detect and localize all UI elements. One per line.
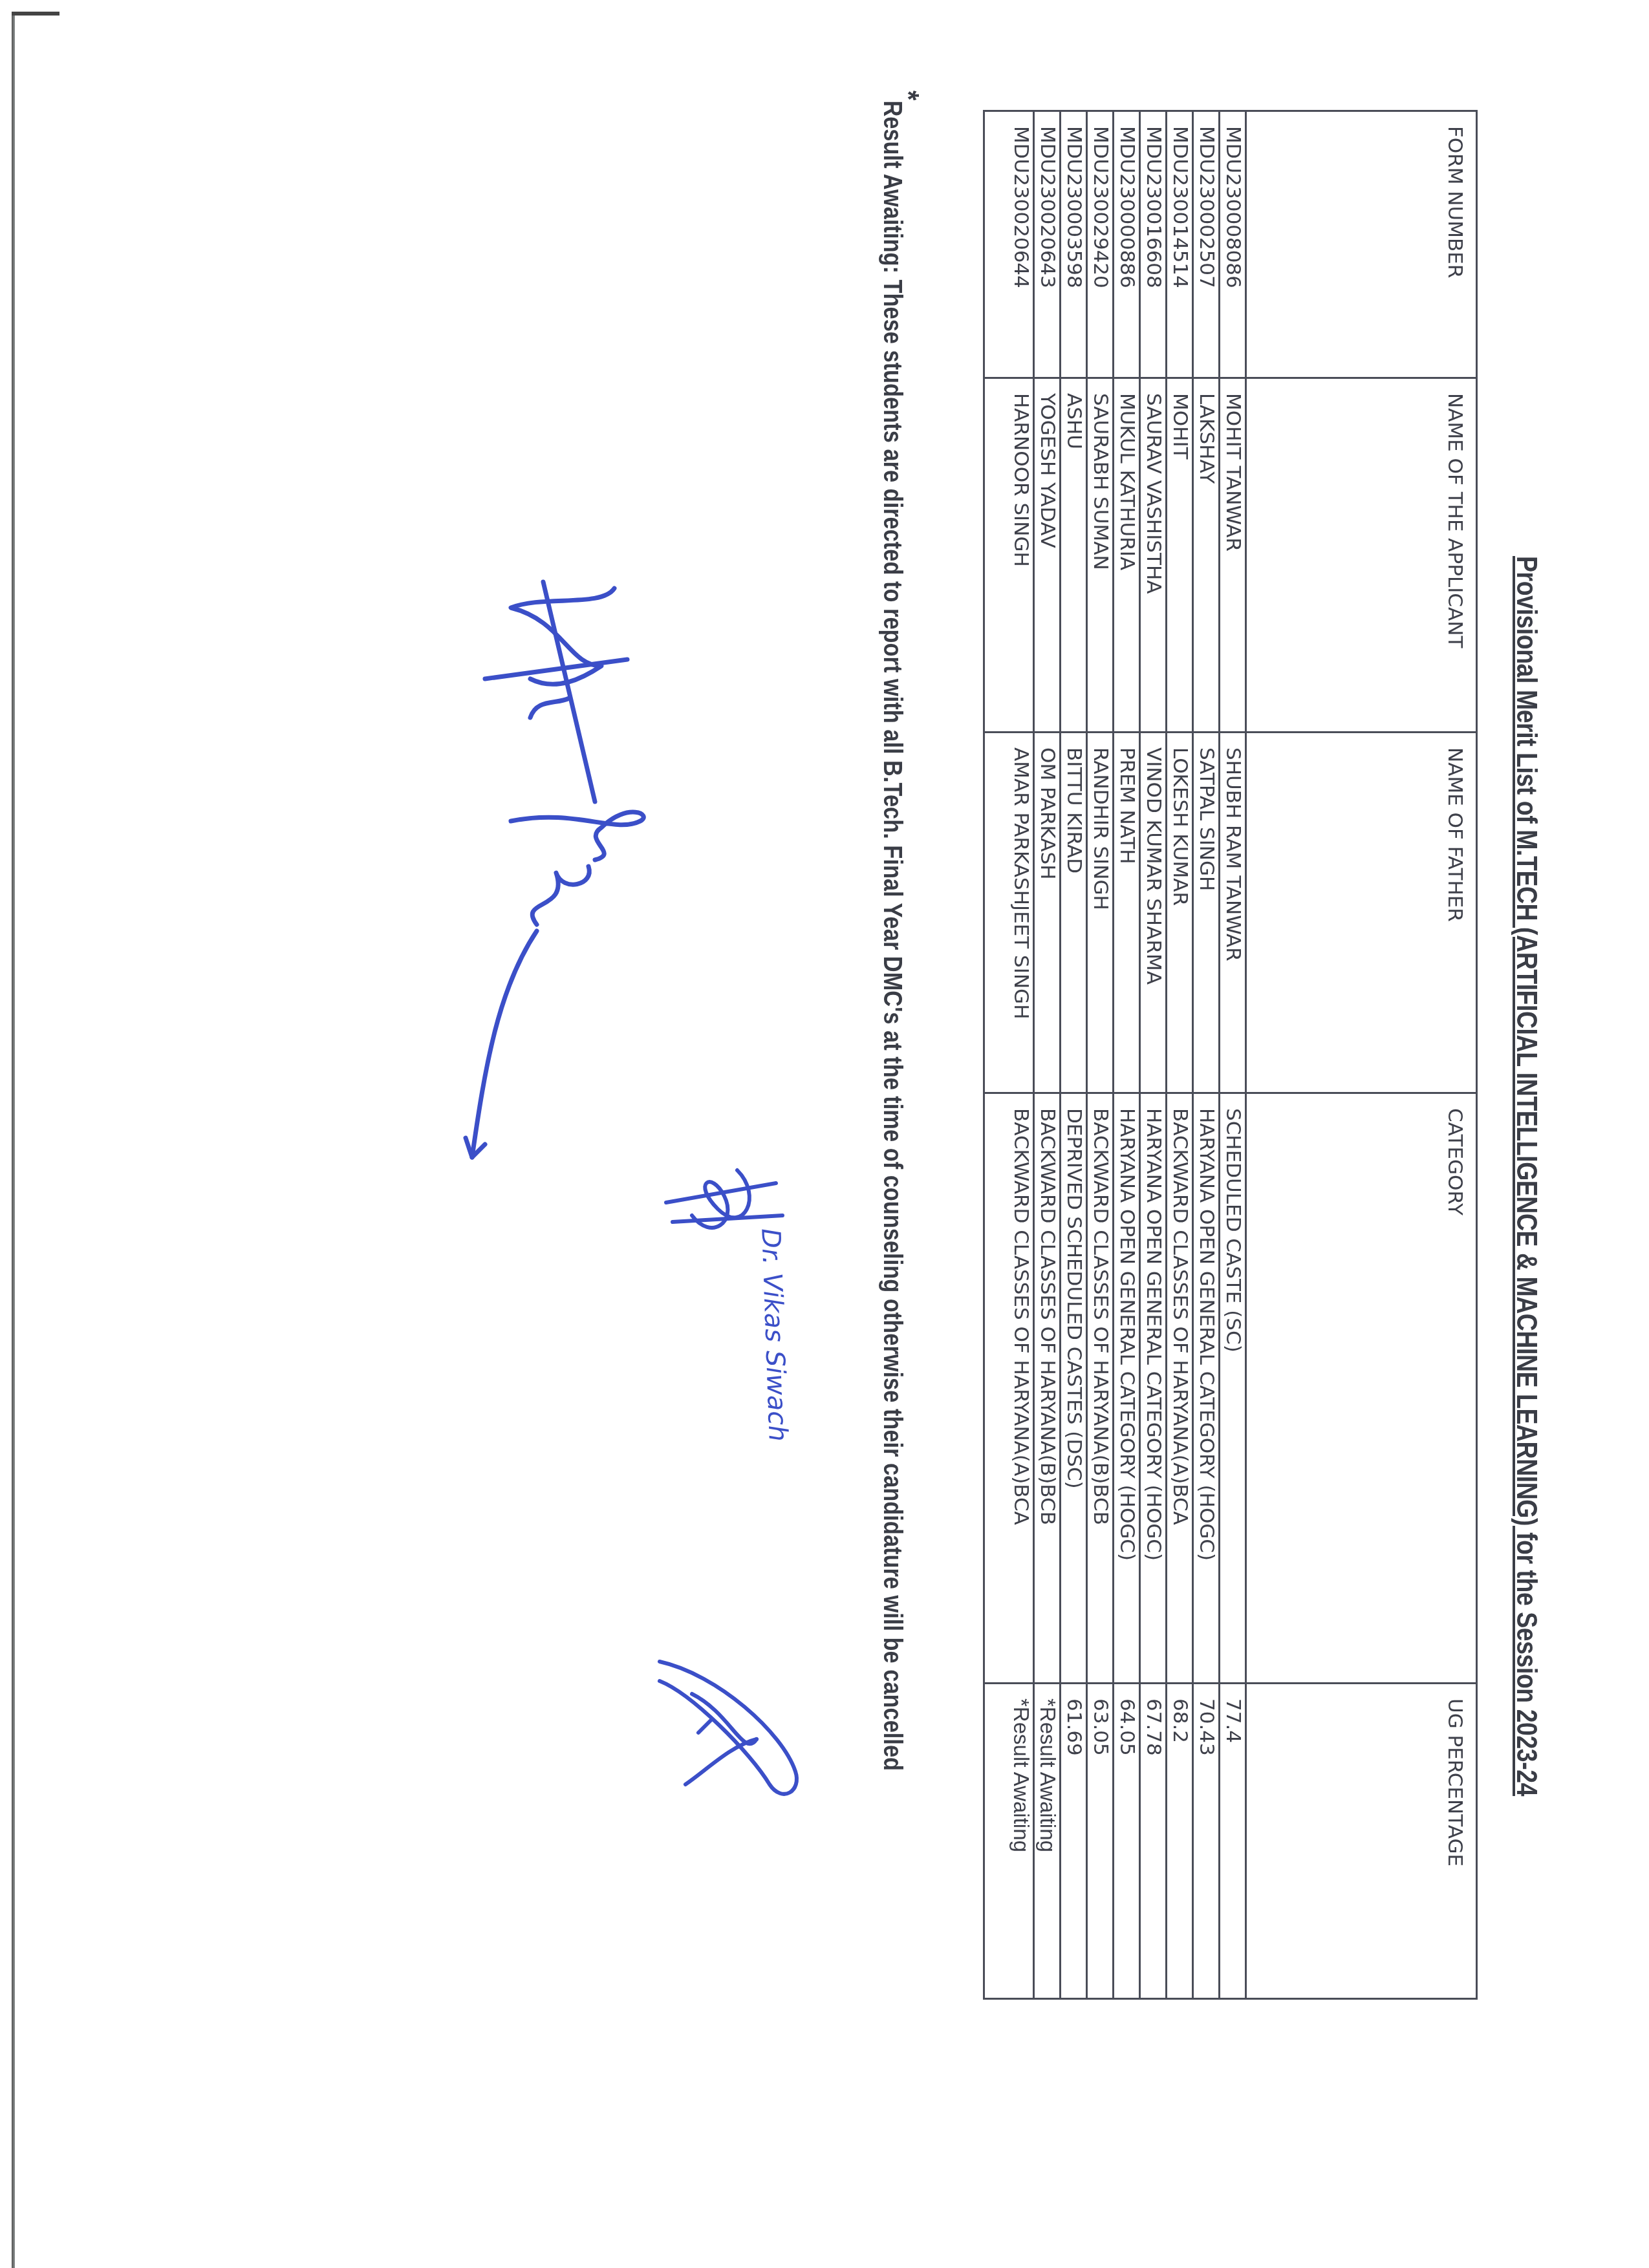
applicant-name-cell: LAKSHAY	[1193, 378, 1220, 733]
table-row: MDU230016608SAURAV VASHISTHAVINOD KUMAR …	[1140, 111, 1167, 1999]
ug-percentage-cell: 77.4	[1220, 1684, 1246, 1999]
rotated-sheet: Provisional Merit List of M.TECH (ARTIFI…	[0, 0, 1649, 2268]
merit-list-table: FORM NUMBER NAME OF THE APPLICANT NAME O…	[983, 110, 1478, 2000]
table-row: MDU230000886MUKUL KATHURIAPREM NATHHARYA…	[1114, 111, 1140, 1999]
page-title: Provisional Merit List of M.TECH (ARTIFI…	[1510, 556, 1542, 1796]
handwritten-signature-icon	[640, 1642, 808, 1823]
category-cell: BACKWARD CLASSES OF HARYANA(B)BCB	[1034, 1093, 1061, 1684]
form-number-cell: MDU230008086	[1220, 111, 1246, 378]
table-header-row: FORM NUMBER NAME OF THE APPLICANT NAME O…	[1246, 111, 1477, 1999]
ug-percentage-cell: 68.2	[1167, 1684, 1193, 1999]
ug-percentage-cell: *Result Awaiting	[984, 1684, 1034, 1999]
father-name-cell: PREM NATH	[1114, 733, 1140, 1093]
table-row: MDU230020643YOGESH YADAVOM PARKASHBACKWA…	[1034, 111, 1061, 1999]
footnote-text: Result Awaiting: These students are dire…	[878, 100, 907, 1771]
signatory-name: Dr. Vikas Siwach	[755, 1228, 792, 1442]
category-cell: DEPRIVED SCHEDULED CASTES (DSC)	[1061, 1093, 1087, 1684]
header-applicant-name: NAME OF THE APPLICANT	[1246, 378, 1477, 733]
applicant-name-cell: MOHIT TANWAR	[1220, 378, 1246, 733]
applicant-name-cell: HARNOOR SINGH	[984, 378, 1034, 733]
form-number-cell: MDU230002507	[1193, 111, 1220, 378]
handwritten-signature-icon	[472, 569, 640, 815]
applicant-name-cell: ASHU	[1061, 378, 1087, 733]
scanned-page: Provisional Merit List of M.TECH (ARTIFI…	[0, 0, 1649, 2268]
father-name-cell: VINOD KUMAR SHARMA	[1140, 733, 1167, 1093]
table-row: MDU230002507LAKSHAYSATPAL SINGHHARYANA O…	[1193, 111, 1220, 1999]
category-cell: HARYANA OPEN GENERAL CATEGORY (HOGC)	[1193, 1093, 1220, 1684]
header-category: CATEGORY	[1246, 1093, 1477, 1684]
father-name-cell: BITTU KIRAD	[1061, 733, 1087, 1093]
category-cell: BACKWARD CLASSES OF HARYANA(A)BCA	[1167, 1093, 1193, 1684]
category-cell: HARYANA OPEN GENERAL CATEGORY (HOGC)	[1114, 1093, 1140, 1684]
applicant-name-cell: SAURABH SUMAN	[1087, 378, 1114, 733]
category-cell: BACKWARD CLASSES OF HARYANA(B)BCB	[1087, 1093, 1114, 1684]
form-number-cell: MDU230020644	[984, 111, 1034, 378]
applicant-name-cell: MOHIT	[1167, 378, 1193, 733]
father-name-cell: SATPAL SINGH	[1193, 733, 1220, 1093]
form-number-cell: MDU230029420	[1087, 111, 1114, 378]
ug-percentage-cell: 63.05	[1087, 1684, 1114, 1999]
footnote-marker: *	[892, 91, 925, 100]
ug-percentage-cell: 67.78	[1140, 1684, 1167, 1999]
father-name-cell: RANDHIR SINGH	[1087, 733, 1114, 1093]
form-number-cell: MDU230000886	[1114, 111, 1140, 378]
father-name-cell: AMAR PARKASHJEET SINGH	[984, 733, 1034, 1093]
signature-4	[640, 1642, 808, 1823]
table-row: MDU230008086MOHIT TANWARSHUBH RAM TANWAR…	[1220, 111, 1246, 1999]
father-name-cell: OM PARKASH	[1034, 733, 1061, 1093]
ug-percentage-cell: 61.69	[1061, 1684, 1087, 1999]
signature-2	[433, 795, 666, 1183]
table-row: MDU230020644HARNOOR SINGHAMAR PARKASHJEE…	[984, 111, 1034, 1999]
form-number-cell: MDU230003598	[1061, 111, 1087, 378]
footnote: *Result Awaiting: These students are dir…	[877, 91, 912, 1771]
signature-1	[472, 569, 640, 815]
table-row: MDU230029420SAURABH SUMANRANDHIR SINGHBA…	[1087, 111, 1114, 1999]
category-cell: HARYANA OPEN GENERAL CATEGORY (HOGC)	[1140, 1093, 1167, 1684]
applicant-name-cell: MUKUL KATHURIA	[1114, 378, 1140, 733]
applicant-name-cell: SAURAV VASHISTHA	[1140, 378, 1167, 733]
ug-percentage-cell: 70.43	[1193, 1684, 1220, 1999]
ug-percentage-cell: *Result Awaiting	[1034, 1684, 1061, 1999]
form-number-cell: MDU230016608	[1140, 111, 1167, 378]
form-number-cell: MDU230020643	[1034, 111, 1061, 378]
father-name-cell: LOKESH KUMAR	[1167, 733, 1193, 1093]
table-row: MDU230003598ASHUBITTU KIRADDEPRIVED SCHE…	[1061, 111, 1087, 1999]
handwritten-signature-icon	[433, 795, 666, 1183]
category-cell: BACKWARD CLASSES OF HARYANA(A)BCA	[984, 1093, 1034, 1684]
table-row: MDU230014514MOHITLOKESH KUMARBACKWARD CL…	[1167, 111, 1193, 1999]
ug-percentage-cell: 64.05	[1114, 1684, 1140, 1999]
header-form-number: FORM NUMBER	[1246, 111, 1477, 378]
form-number-cell: MDU230014514	[1167, 111, 1193, 378]
header-father-name: NAME OF FATHER	[1246, 733, 1477, 1093]
applicant-name-cell: YOGESH YADAV	[1034, 378, 1061, 733]
header-ug-percentage: UG PERCENTAGE	[1246, 1684, 1477, 1999]
father-name-cell: SHUBH RAM TANWAR	[1220, 733, 1246, 1093]
category-cell: SCHEDULED CASTE (SC)	[1220, 1093, 1246, 1684]
